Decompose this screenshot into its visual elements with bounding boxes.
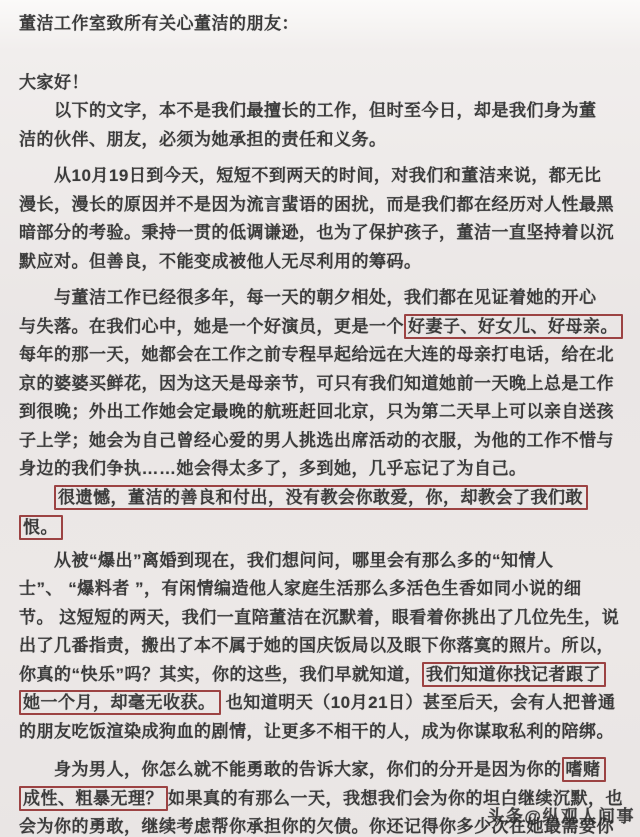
text-segment: 每年的那一天，她都会在工作之前专程早起给远在大连的母亲打电话，给在北 [19, 345, 614, 364]
text-line: 出了几番指责，搬出了本不属于她的国庆饭局以及眼下你落寞的照片。所以， [19, 632, 626, 661]
text-line: 到很晚；外出工作她会定最晚的航班赶回北京，只为第二天早上可以亲自送孩 [19, 398, 626, 427]
text-segment: 的朋友吃饭渲染成狗血的剧情，让更多不相干的人，成为你谋取私利的陪绑。 [19, 722, 614, 741]
text-line: 她一个月，却毫无收获。 也知道明天（10月21日）甚至后天，会有人把普通 [19, 689, 626, 718]
text-line: 节。 这短短的两天，我们一直陪董洁在沉默着，眼看着你挑出了几位先生，说 [19, 604, 626, 633]
highlight-box: 很遗憾，董洁的善良和付出，没有教会你敢爱，你，却教会了我们敢 [54, 485, 588, 510]
text-line: 以下的文字，本不是我们最擅长的工作，但时至今日，却是我们身为董 [19, 97, 626, 126]
highlight-box: 恨。 [19, 515, 63, 540]
text-segment: 洁的伙伴、朋友，必须为她承担的责任和义务。 [19, 130, 387, 149]
text-line: 子上学；她会为自己曾经心爱的男人挑选出席活动的衣服，为他的工作不惜与 [19, 427, 626, 456]
text-segment: 身为男人，你怎么就不能勇敢的告诉大家，你们的分开是因为你的 [19, 760, 562, 779]
highlight-box: 我们知道你找记者跟了 [422, 662, 606, 687]
text-segment: 默应对。但善良，不能变成被他人无尽利用的筹码。 [19, 252, 422, 271]
text-line: 身边的我们争执……她会得太多了，多到她，几乎忘记了为自己。 [19, 455, 626, 484]
text-line: 很遗憾，董洁的善良和付出，没有教会你敢爱，你，却教会了我们敢 [19, 484, 626, 513]
text-line: 的朋友吃饭渲染成狗血的剧情，让更多不相干的人，成为你谋取私利的陪绑。 [19, 718, 626, 747]
text-line: 从被“爆出”离婚到现在，我们想问问，哪里会有那么多的“知情人 [19, 547, 626, 576]
document-page: 董洁工作室致所有关心董洁的朋友： 大家好！ 以下的文字，本不是我们最擅长的工作，… [0, 0, 640, 837]
text-line: 每年的那一天，她都会在工作之前专程早起给远在大连的母亲打电话，给在北 [19, 341, 626, 370]
text-segment: 大家好！ [19, 73, 89, 92]
text-line: 洁的伙伴、朋友，必须为她承担的责任和义务。 [19, 126, 626, 155]
text-segment: 子上学；她会为自己曾经心爱的男人挑选出席活动的衣服，为他的工作不惜与 [19, 431, 614, 450]
text-line: 从10月19日到今天，短短不到两天的时间，对我们和董洁来说，都无比 [19, 162, 626, 191]
highlight-box: 好妻子、好女儿、好母亲。 [404, 314, 623, 339]
text-segment: 从被“爆出”离婚到现在，我们想问问，哪里会有那么多的“知情人 [19, 551, 554, 570]
text-line: 漫长，漫长的原因并不是因为流言蜚语的困扰，而是我们都在经历对人性最黑 [19, 191, 626, 220]
watermark-toutiao: 头条@纵观人间事 [487, 802, 635, 827]
document-title: 董洁工作室致所有关心董洁的朋友： [19, 10, 626, 39]
text-segment: 以下的文字，本不是我们最擅长的工作，但时至今日，却是我们身为董 [19, 101, 597, 120]
text-segment: 京的婆婆买鲜花，因为这天是母亲节，可只有我们知道她前一天晚上总是工作 [19, 374, 614, 393]
text-line: 你真的“快乐”吗？其实，你的这些，我们早就知道，我们知道你找记者跟了 [19, 661, 626, 690]
text-segment: 士”、 “爆料者 ”，有闲情编造他人家庭生活那么多活色生香如同小说的细 [19, 579, 581, 598]
text-segment: 出了几番指责，搬出了本不属于她的国庆饭局以及眼下你落寞的照片。所以， [19, 636, 614, 655]
text-line: 京的婆婆买鲜花，因为这天是母亲节，可只有我们知道她前一天晚上总是工作 [19, 370, 626, 399]
highlight-box: 她一个月，却毫无收获。 [19, 690, 221, 715]
text-segment: 与董洁工作已经很多年，每一天的朝夕相处，我们都在见证着她的开心 [19, 288, 597, 307]
text-segment: 身边的我们争执……她会得太多了，多到她，几乎忘记了为自己。 [19, 459, 527, 478]
text-line: 大家好！ [19, 69, 626, 98]
text-line: 恨。 [19, 514, 626, 543]
text-segment: 节。 这短短的两天，我们一直陪董洁在沉默着，眼看着你挑出了几位先生，说 [19, 608, 619, 627]
text-segment: 也知道明天（10月21日）甚至后天，会有人把普通 [221, 693, 616, 712]
text-segment: 你真的“快乐”吗？其实，你的这些，我们早就知道， [19, 665, 422, 684]
text-segment [19, 488, 54, 507]
text-line: 身为男人，你怎么就不能勇敢的告诉大家，你们的分开是因为你的嗜赌 [19, 756, 626, 785]
letter-body: 董洁工作室致所有关心董洁的朋友： 大家好！ 以下的文字，本不是我们最擅长的工作，… [19, 10, 626, 837]
highlight-box: 嗜赌 [562, 757, 606, 782]
text-line: 与董洁工作已经很多年，每一天的朝夕相处，我们都在见证着她的开心 [19, 284, 626, 313]
text-segment: 到很晚；外出工作她会定最晚的航班赶回北京，只为第二天早上可以亲自送孩 [19, 402, 614, 421]
text-line: 与失落。在我们心中，她是一个好演员，更是一个好妻子、好女儿、好母亲。 [19, 313, 626, 342]
text-segment: 暗部分的考验。秉持一贯的低调谦逊，也为了保护孩子，董洁一直坚持着以沉 [19, 223, 614, 242]
highlight-box: 成性、粗暴无理？ [19, 786, 168, 811]
text-segment: 从10月19日到今天，短短不到两天的时间，对我们和董洁来说，都无比 [19, 166, 601, 185]
text-line: 默应对。但善良，不能变成被他人无尽利用的筹码。 [19, 248, 626, 277]
text-segment: 与失落。在我们心中，她是一个好演员，更是一个 [19, 317, 404, 336]
text-line: 士”、 “爆料者 ”，有闲情编造他人家庭生活那么多活色生香如同小说的细 [19, 575, 626, 604]
text-line: 暗部分的考验。秉持一贯的低调谦逊，也为了保护孩子，董洁一直坚持着以沉 [19, 219, 626, 248]
text-segment: 漫长，漫长的原因并不是因为流言蜚语的困扰，而是我们都在经历对人性最黑 [19, 195, 614, 214]
letter-lines: 大家好！ 以下的文字，本不是我们最擅长的工作，但时至今日，却是我们身为董洁的伙伴… [19, 69, 626, 837]
